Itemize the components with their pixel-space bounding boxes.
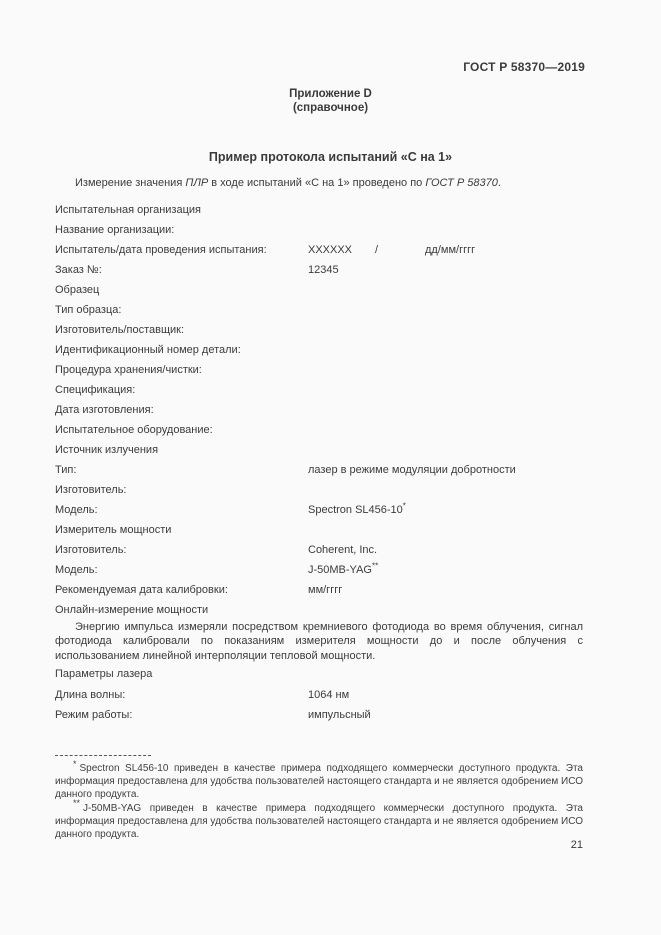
footnote-yag: **J-50MB-YAG приведен в качестве примера… <box>55 802 583 842</box>
protocol-form: Испытательная организация Название орган… <box>55 200 583 620</box>
footnote-marker-ref: ** <box>372 561 378 570</box>
form-row-power-meter-section: Измеритель мощности <box>55 520 583 540</box>
field-label: Модель: <box>55 500 308 520</box>
form-row-meter-manufacturer: Изготовитель: Coherent, Inc. <box>55 540 583 560</box>
form-row-tester-date: Испытатель/дата проведения испытания: XX… <box>55 240 583 260</box>
field-label: Длина волны: <box>55 685 308 705</box>
document-page: ГОСТ Р 58370—2019 Приложение D (справочн… <box>0 0 661 935</box>
tester-value: XXXXXX <box>308 240 375 260</box>
intro-term-plr: ПЛР <box>185 177 208 189</box>
field-label: Спецификация: <box>55 380 308 400</box>
form-row-testing-organization: Испытательная организация <box>55 200 583 220</box>
field-value: импульсный <box>308 705 583 725</box>
footnote-text: Spectron SL456-10 приведен в качестве пр… <box>55 763 583 800</box>
intro-seg5: . <box>498 177 501 189</box>
field-label: Изготовитель/поставщик: <box>55 320 308 340</box>
footnote-marker: ** <box>73 798 80 808</box>
field-label: Образец <box>55 280 308 300</box>
field-label: Источник излучения <box>55 440 308 460</box>
footnote-marker: * <box>73 759 77 769</box>
form-row-organization-name: Название организации: <box>55 220 583 240</box>
appendix-line2: (справочное) <box>0 102 661 116</box>
field-label: Процедура хранения/чистки: <box>55 360 308 380</box>
field-value: 12345 <box>308 260 583 280</box>
laser-params-heading: Параметры лазера <box>55 668 152 680</box>
form-row-specification: Спецификация: <box>55 380 583 400</box>
appendix-heading: Приложение D (справочное) <box>0 88 661 115</box>
footnote-text: J-50MB-YAG приведен в качестве примера п… <box>55 803 583 840</box>
field-label: Онлайн-измерение мощности <box>55 600 308 620</box>
field-value: 1064 нм <box>308 685 583 705</box>
field-value: лазер в режиме модуляции добротности <box>308 460 583 480</box>
footnote-marker-ref: * <box>403 501 406 510</box>
page-number: 21 <box>571 839 583 851</box>
form-row-manufacturer-supplier: Изготовитель/поставщик: <box>55 320 583 340</box>
measurement-note-paragraph: Энергию импульса измеряли посредством кр… <box>55 620 583 663</box>
field-label: Идентификационный номер детали: <box>55 340 308 360</box>
form-row-wavelength: Длина волны: 1064 нм <box>55 685 583 705</box>
field-value-group: Spectron SL456-10* <box>308 500 583 520</box>
date-format-value: дд/мм/гггг <box>425 244 475 256</box>
intro-seg3: в ходе испытаний «С на 1» проведено по <box>208 177 425 189</box>
field-label: Испытательная организация <box>55 200 308 220</box>
intro-standard-ref: ГОСТ Р 58370 <box>425 177 498 189</box>
footnote-separator-line <box>55 755 151 756</box>
field-label: Изготовитель: <box>55 480 308 500</box>
page-title: Пример протокола испытаний «С на 1» <box>0 150 661 164</box>
form-row-sample-section: Образец <box>55 280 583 300</box>
form-row-source-type: Тип: лазер в режиме модуляции добротност… <box>55 460 583 480</box>
field-label: Заказ №: <box>55 260 308 280</box>
field-value-group: XXXXXX/дд/мм/гггг <box>308 240 583 260</box>
field-label: Режим работы: <box>55 705 308 725</box>
field-value-group: J-50MB-YAG** <box>308 560 583 580</box>
field-label: Испытатель/дата проведения испытания: <box>55 240 308 260</box>
field-label: Дата изготовления: <box>55 400 308 420</box>
field-value: Spectron SL456-10 <box>308 504 403 516</box>
field-label: Тип образца: <box>55 300 308 320</box>
slash-separator: / <box>375 240 425 260</box>
field-label: Тип: <box>55 460 308 480</box>
form-row-test-equipment: Испытательное оборудование: <box>55 420 583 440</box>
form-row-source-manufacturer: Изготовитель: <box>55 480 583 500</box>
form-row-source-model: Модель: Spectron SL456-10* <box>55 500 583 520</box>
field-label: Изготовитель: <box>55 540 308 560</box>
form-row-manufacture-date: Дата изготовления: <box>55 400 583 420</box>
form-row-storage-cleaning: Процедура хранения/чистки: <box>55 360 583 380</box>
field-label: Рекомендуемая дата калибровки: <box>55 580 308 600</box>
field-label: Измеритель мощности <box>55 520 308 540</box>
form-row-part-id: Идентификационный номер детали: <box>55 340 583 360</box>
field-label: Название организации: <box>55 220 308 240</box>
form-row-calibration-date: Рекомендуемая дата калибровки: мм/гггг <box>55 580 583 600</box>
field-value: мм/гггг <box>308 580 583 600</box>
footnote-spectron: *Spectron SL456-10 приведен в качестве п… <box>55 762 583 802</box>
field-value: J-50MB-YAG <box>308 564 372 576</box>
field-value: Coherent, Inc. <box>308 540 583 560</box>
form-row-order-number: Заказ №: 12345 <box>55 260 583 280</box>
form-row-operation-mode: Режим работы: импульсный <box>55 705 583 725</box>
form-row-meter-model: Модель: J-50MB-YAG** <box>55 560 583 580</box>
field-label: Испытательное оборудование: <box>55 420 308 440</box>
form-row-radiation-source: Источник излучения <box>55 440 583 460</box>
footnotes-section: *Spectron SL456-10 приведен в качестве п… <box>55 755 583 841</box>
form-row-online-power-section: Онлайн-измерение мощности <box>55 600 583 620</box>
standard-header: ГОСТ Р 58370—2019 <box>0 60 585 74</box>
form-row-sample-type: Тип образца: <box>55 300 583 320</box>
laser-params-rows: Длина волны: 1064 нм Режим работы: импул… <box>55 685 583 725</box>
appendix-line1: Приложение D <box>0 88 661 102</box>
intro-paragraph: Измерение значения ПЛР в ходе испытаний … <box>55 176 583 190</box>
intro-seg1: Измерение значения <box>75 177 185 189</box>
field-label: Модель: <box>55 560 308 580</box>
